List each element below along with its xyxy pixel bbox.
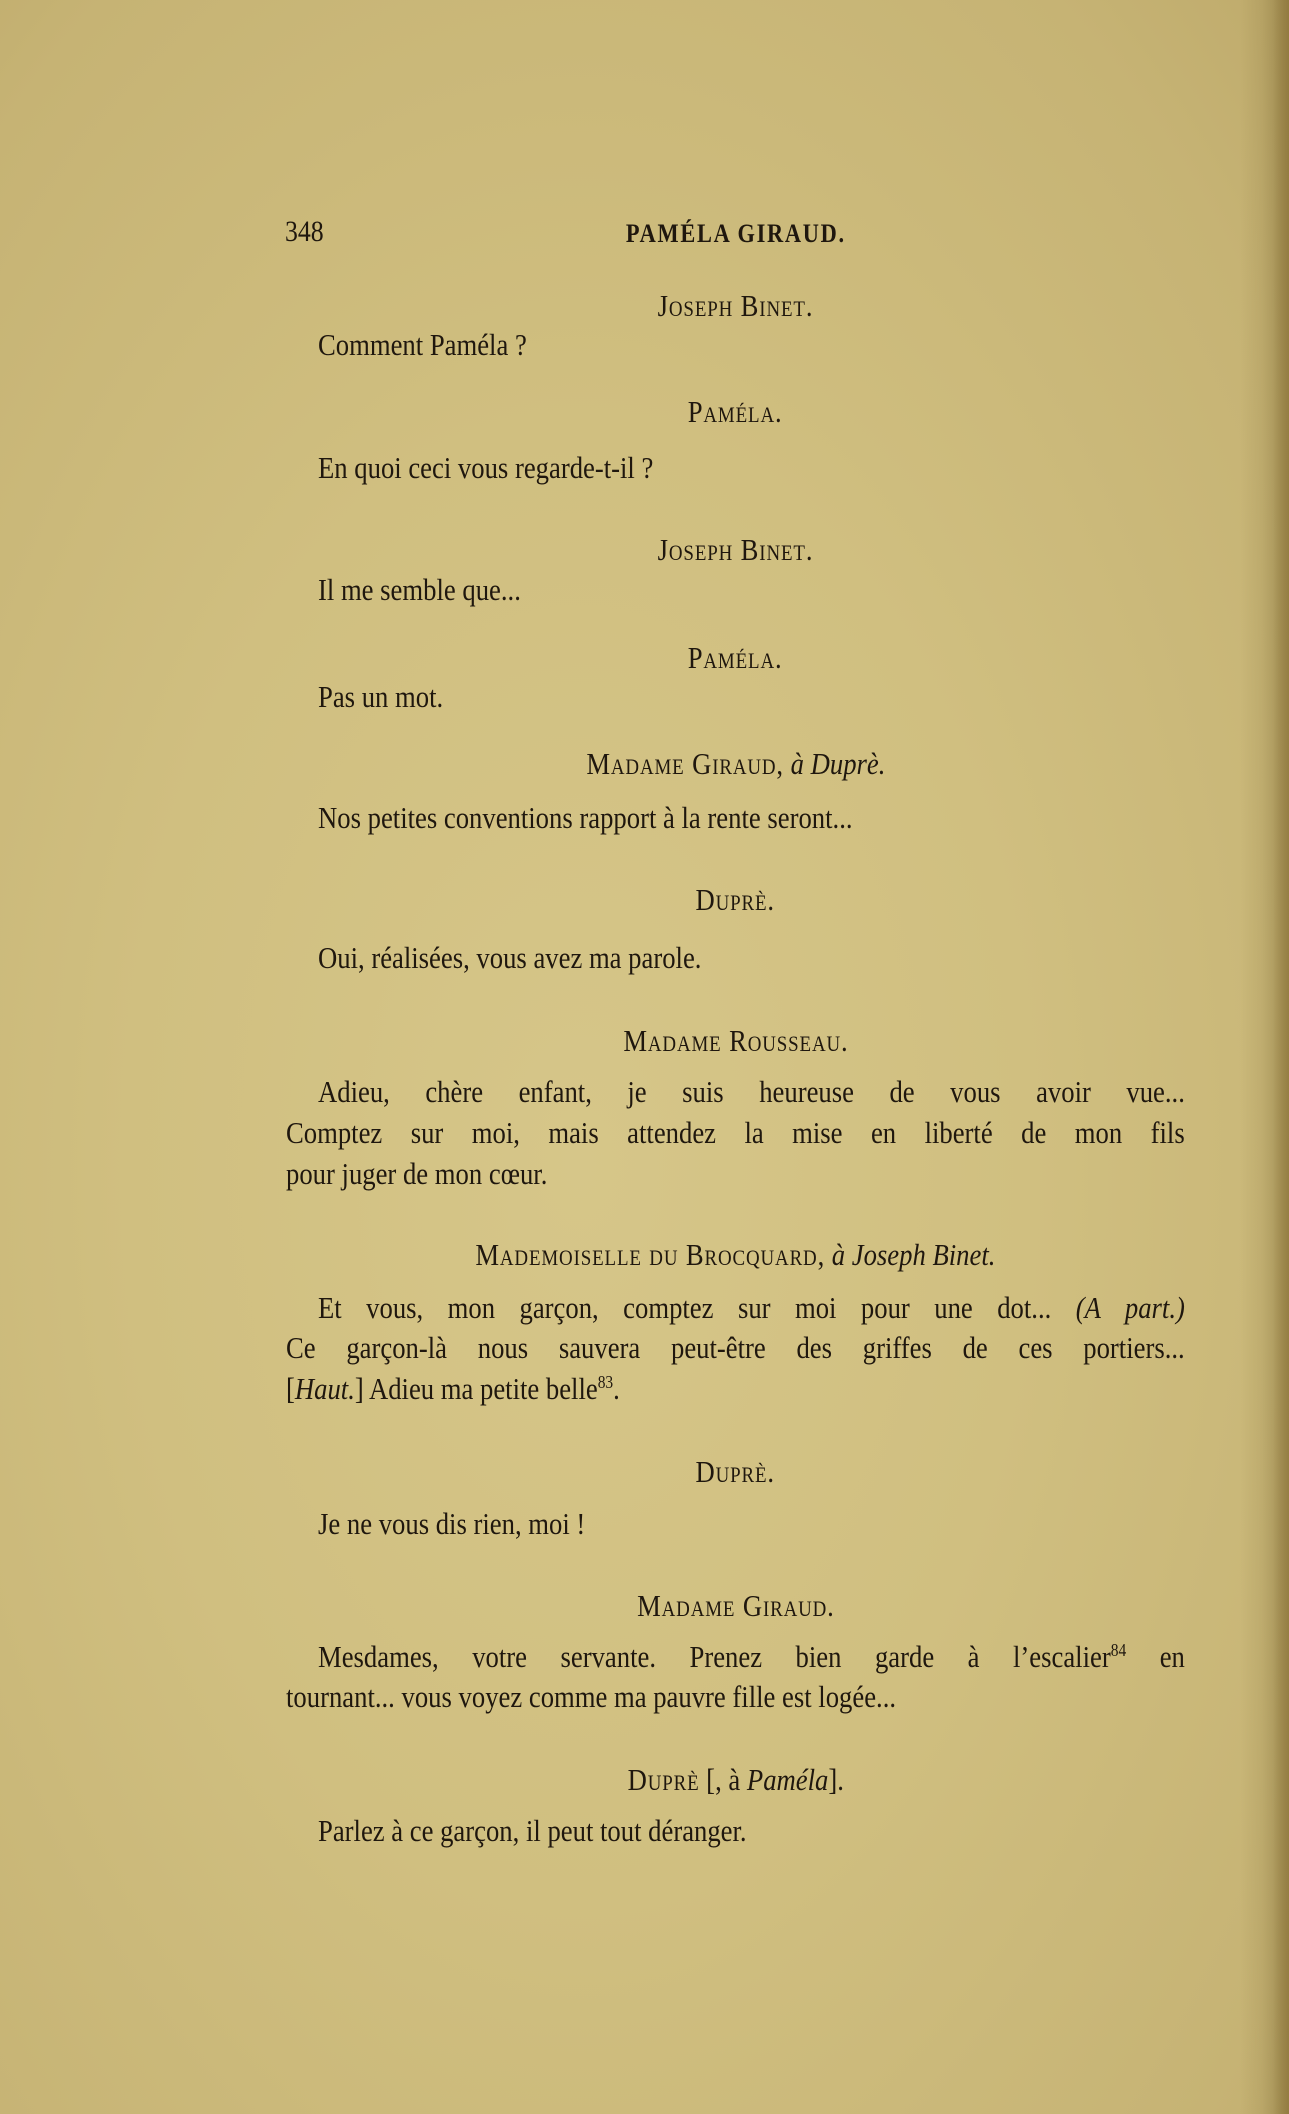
dialogue-line: Oui, réalisées, vous avez ma parole. — [318, 940, 701, 976]
dialogue-line: Parlez à ce garçon, il peut tout dérange… — [318, 1813, 747, 1849]
stage-direction: à Duprè. — [790, 746, 885, 781]
line-text: en — [1160, 1639, 1185, 1674]
speaker-name: Duprè [, à Paméla]. — [286, 1762, 1185, 1798]
speaker-label: Madame Giraud, à Duprè. — [586, 746, 885, 782]
dialogue-line: Mesdames, votre servante. Prenez bien ga… — [318, 1639, 1185, 1675]
footnote-ref-83[interactable]: 83 — [598, 1372, 613, 1392]
dialogue-line: Nos petites conventions rapport à la ren… — [318, 800, 853, 836]
speaker-label: Duprè [, à Paméla]. — [627, 1762, 843, 1798]
speaker-name: Paméla. — [286, 394, 1185, 430]
running-title: PAMÉLA GIRAUD. — [286, 214, 1185, 252]
line-text: Et vous, mon garçon, comptez sur moi pou… — [318, 1290, 1051, 1325]
dialogue-line: Pas un mot. — [318, 679, 443, 715]
dialogue-line: [Haut.] Adieu ma petite belle83. — [286, 1371, 620, 1407]
line-text: Mesdames, votre servante. Prenez bien ga… — [318, 1639, 1111, 1674]
speaker-label: Duprè. — [696, 882, 775, 918]
line-text: Adieu ma petite belle — [369, 1371, 598, 1406]
speaker-text: Mademoiselle du Brocquard, — [475, 1237, 825, 1272]
dialogue-line: Ce garçon-là nous sauvera peut-être des … — [286, 1330, 1185, 1366]
speaker-name: Madame Giraud. — [286, 1588, 1185, 1624]
speaker-name: Paméla. — [286, 640, 1185, 676]
stage-direction: Paméla — [747, 1762, 828, 1797]
speaker-label: Paméla. — [688, 640, 783, 676]
stage-direction: à Joseph Binet. — [832, 1237, 996, 1272]
bracket-close: ]. — [828, 1762, 844, 1797]
speaker-name: Joseph Binet. — [286, 288, 1185, 324]
speaker-text: Duprè — [627, 1762, 699, 1797]
footnote-ref-84[interactable]: 84 — [1111, 1640, 1126, 1660]
dialogue-line: Comptez sur moi, mais attendez la mise e… — [286, 1115, 1185, 1151]
speaker-label: Duprè. — [696, 1454, 775, 1490]
speaker-label: Joseph Binet. — [658, 288, 814, 324]
running-title-text: PAMÉLA GIRAUD. — [626, 216, 846, 252]
speaker-label: Madame Giraud. — [637, 1588, 835, 1624]
speaker-name: Duprè. — [286, 1454, 1185, 1490]
book-page: 348 PAMÉLA GIRAUD. Joseph Binet. Comment… — [0, 0, 1289, 2114]
speaker-name: Joseph Binet. — [286, 532, 1185, 568]
bracket-open: [, à — [706, 1762, 747, 1797]
speaker-label: Joseph Binet. — [658, 532, 814, 568]
dialogue-line: Comment Paméla ? — [318, 327, 527, 363]
dialogue-line: pour juger de mon cœur. — [286, 1156, 547, 1192]
speaker-name: Madame Rousseau. — [286, 1023, 1185, 1059]
dialogue-line: En quoi ceci vous regarde-t-il ? — [318, 450, 653, 486]
speaker-name: Mademoiselle du Brocquard, à Joseph Bine… — [286, 1237, 1185, 1273]
speaker-label: Paméla. — [688, 394, 783, 430]
speaker-name: Madame Giraud, à Duprè. — [286, 746, 1185, 782]
speaker-label: Mademoiselle du Brocquard, à Joseph Bine… — [475, 1237, 995, 1273]
stage-direction-bracket: Haut. — [295, 1371, 355, 1406]
binding-shadow — [1273, 0, 1289, 2114]
stage-direction-aside: (A part.) — [1076, 1290, 1185, 1325]
dialogue-line: tournant... vous voyez comme ma pauvre f… — [286, 1679, 896, 1715]
dialogue-line: Et vous, mon garçon, comptez sur moi pou… — [318, 1290, 1185, 1326]
dialogue-line: Adieu, chère enfant, je suis heureuse de… — [318, 1074, 1185, 1110]
dialogue-line: Je ne vous dis rien, moi ! — [318, 1506, 585, 1542]
dialogue-line: Il me semble que... — [318, 572, 521, 608]
speaker-label: Madame Rousseau. — [623, 1023, 848, 1059]
speaker-text: Madame Giraud, — [586, 746, 784, 781]
speaker-name: Duprè. — [286, 882, 1185, 918]
